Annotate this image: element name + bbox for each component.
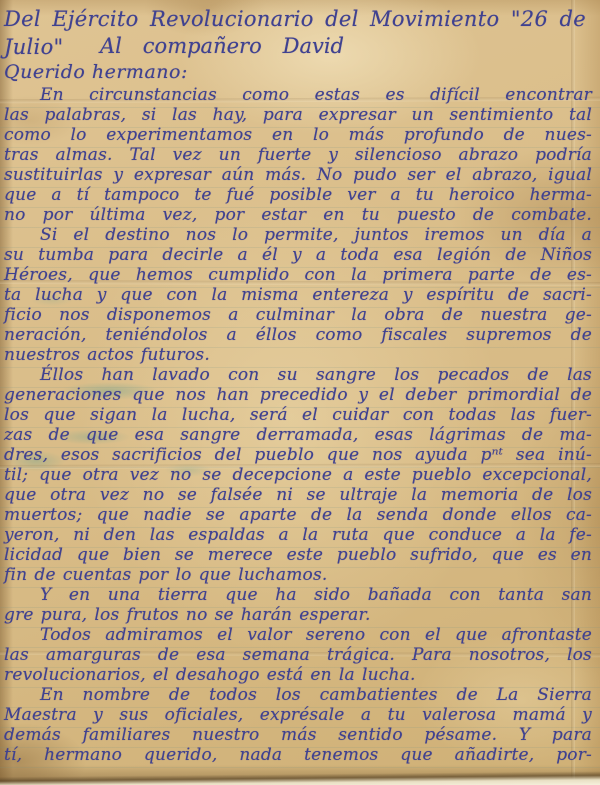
letter-line: tí, hermano querido, nada tenemos que añ… xyxy=(4,745,592,765)
letter-line: que otra vez no se falsée ni se ultraje … xyxy=(4,485,592,505)
letter-paragraph: En nombre de todos los cambatientes de L… xyxy=(4,685,592,765)
letter-line: demás familiares nuestro más sentido pés… xyxy=(4,725,592,745)
letter-paragraph: Todos admiramos el valor sereno con el q… xyxy=(4,625,592,685)
letter-line: no por última vez, por estar en tu puest… xyxy=(4,205,592,225)
letter-line: las amarguras de esa semana trágica. Par… xyxy=(4,645,592,665)
letter-line: gre pura, los frutos no se harán esperar… xyxy=(4,605,592,625)
letter-paragraph: En circunstancias como estas es difícil … xyxy=(4,85,592,225)
letter-body: En circunstancias como estas es difícil … xyxy=(4,85,592,765)
letter-paragraph: Y en una tierra que ha sido bañada con t… xyxy=(4,585,592,625)
letter-paragraph: Éllos han lavado con su sangre los pecad… xyxy=(4,365,592,585)
letter-line: generaciones que nos han precedido y el … xyxy=(4,385,592,405)
letter-line: neración, teniéndolos a éllos como fisca… xyxy=(4,325,592,345)
letter-heading-line1: Del Ejército Revolucionario del Movimien… xyxy=(4,5,592,33)
letter-line: En nombre de todos los cambatientes de L… xyxy=(4,685,592,705)
letter-line: dres, esos sacrificios del pueblo que no… xyxy=(4,445,592,465)
letter-line: sustituirlas y expresar aún más. No pudo… xyxy=(4,165,592,185)
letter-line: til; que otra vez no se decepcione a est… xyxy=(4,465,592,485)
letter-page: Del Ejército Revolucionario del Movimien… xyxy=(0,0,600,785)
letter-line: ficio nos disponemos a culminar la obra … xyxy=(4,305,592,325)
letter-line: Maestra y sus oficiales, exprésale a tu … xyxy=(4,705,592,725)
letter-line: licidad que bien se merece este pueblo s… xyxy=(4,545,592,565)
letter-line: tras almas. Tal vez un fuerte y silencio… xyxy=(4,145,592,165)
letter-line: muertos; que nadie se aparte de la senda… xyxy=(4,505,592,525)
letter-line: En circunstancias como estas es difícil … xyxy=(4,85,592,105)
letter-line: las palabras, si las hay, para expresar … xyxy=(4,105,592,125)
letter-line: Héroes, que hemos cumplido con la primer… xyxy=(4,265,592,285)
letter-salutation: Querido hermano: xyxy=(4,60,592,85)
letter-line: zas de que esa sangre derramada, esas lá… xyxy=(4,425,592,445)
letter-heading-line2: Al compañero David xyxy=(100,33,344,60)
letter-line: ta lucha y que con la misma entereza y e… xyxy=(4,285,592,305)
letter-line: nuestros actos futuros. xyxy=(4,345,592,365)
letter-line: su tumba para decirle a él y a toda esa … xyxy=(4,245,592,265)
letter-content: Del Ejército Revolucionario del Movimien… xyxy=(0,0,600,785)
letter-line: Si el destino nos lo permite, juntos ire… xyxy=(4,225,592,245)
letter-line: yeron, ni den las espaldas a la ruta que… xyxy=(4,525,592,545)
letter-line: fin de cuentas por lo que luchamos. xyxy=(4,565,592,585)
letter-line: revolucionarios, el desahogo está en la … xyxy=(4,665,592,685)
letter-line: que a tí tampoco te fué posible ver a tu… xyxy=(4,185,592,205)
letter-line: Y en una tierra que ha sido bañada con t… xyxy=(4,585,592,605)
letter-paragraph: Si el destino nos lo permite, juntos ire… xyxy=(4,225,592,365)
letter-line: Todos admiramos el valor sereno con el q… xyxy=(4,625,592,645)
letter-line: Éllos han lavado con su sangre los pecad… xyxy=(4,365,592,385)
letter-line: como lo experimentamos en lo más profund… xyxy=(4,125,592,145)
letter-line: los que sigan la lucha, será el cuidar c… xyxy=(4,405,592,425)
